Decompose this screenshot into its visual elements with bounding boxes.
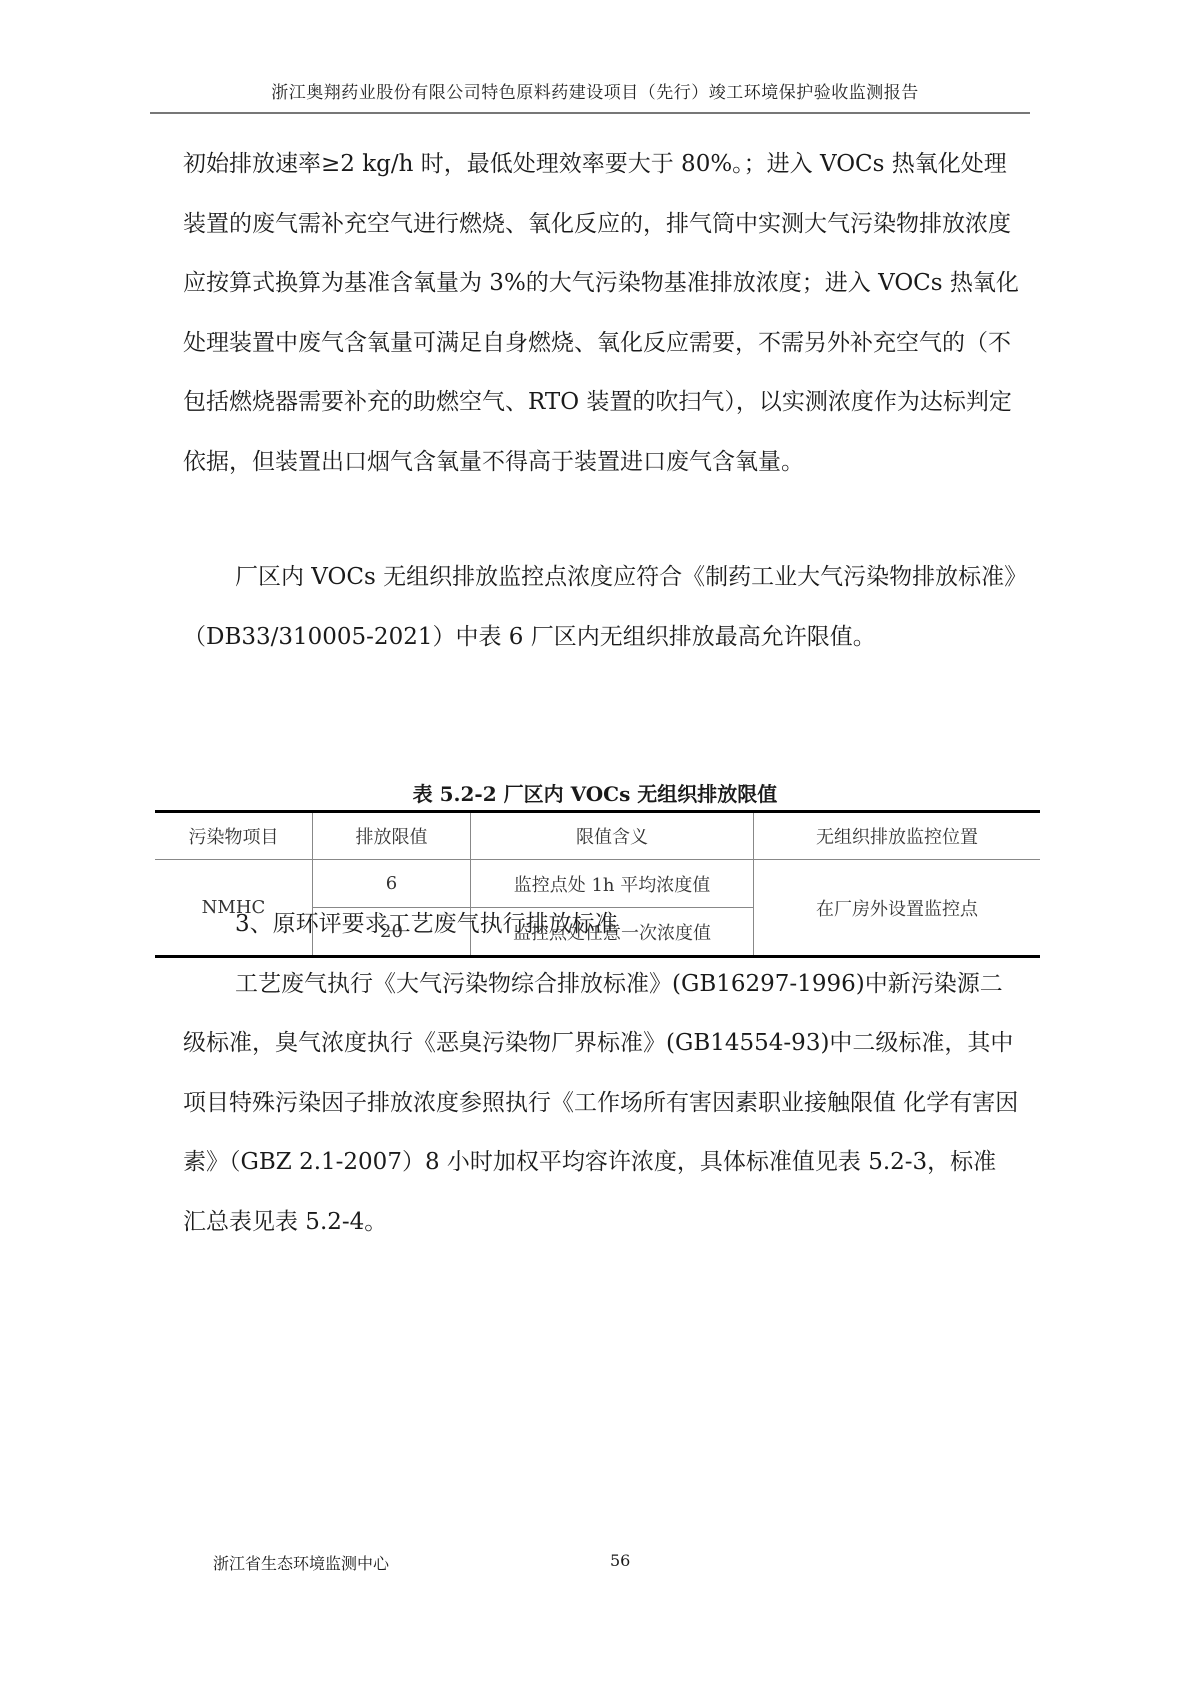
header-meaning: 限值含义 (471, 812, 754, 860)
document-header: 浙江奥翔药业股份有限公司特色原料药建设项目（先行）竣工环境保护验收监测报告 (0, 78, 1190, 103)
paragraph-vocs-oxidation: 初始排放速率≥2 kg/h 时，最低处理效率要大于 80%。；进入 VOCs 热… (183, 135, 1019, 492)
header-location: 无组织排放监控位置 (754, 812, 1041, 860)
section-heading: 3、原环评要求工艺废气执行排放标准 (183, 895, 1019, 955)
header-divider (150, 112, 1030, 114)
header-pollutant: 污染物项目 (155, 812, 313, 860)
table-caption: 表 5.2-2 厂区内 VOCs 无组织排放限值 (0, 778, 1190, 807)
paragraph-fugitive-vocs: 厂区内 VOCs 无组织排放监控点浓度应符合《制药工业大气污染物排放标准》（DB… (183, 548, 1019, 667)
paragraph-text: 厂区内 VOCs 无组织排放监控点浓度应符合《制药工业大气污染物排放标准》（DB… (183, 548, 1019, 667)
table-header-row: 污染物项目 排放限值 限值含义 无组织排放监控位置 (155, 812, 1040, 860)
paragraph-text: 初始排放速率≥2 kg/h 时，最低处理效率要大于 80%。；进入 VOCs 热… (183, 135, 1019, 492)
header-limit: 排放限值 (313, 812, 471, 860)
footer-organization: 浙江省生态环境监测中心 (213, 1551, 389, 1574)
paragraph-text: 工艺废气执行《大气污染物综合排放标准》(GB16297-1996)中新污染源二级… (183, 955, 1019, 1253)
page-number: 56 (610, 1551, 630, 1570)
section-3: 3、原环评要求工艺废气执行排放标准 工艺废气执行《大气污染物综合排放标准》(GB… (183, 895, 1019, 1252)
